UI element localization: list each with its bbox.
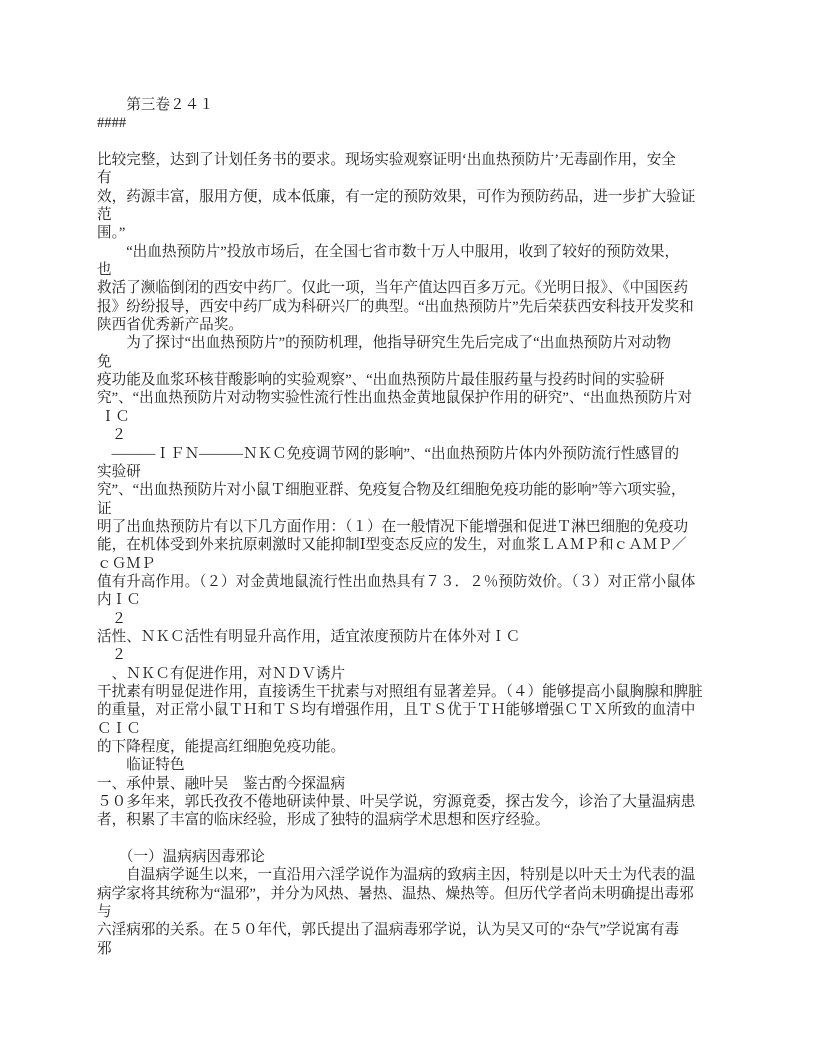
text-line: 邪 xyxy=(97,940,716,958)
text-line-subscript: ２ xyxy=(97,426,716,444)
text-line: 比较完整，达到了计划任务书的要求。现场实验观察证明‘出血热预防片’无毒副作用，安… xyxy=(97,151,716,169)
blank-line xyxy=(97,830,716,848)
text-line-ic-formula: 内ＩＣ xyxy=(97,591,716,609)
text-line: ５０多年来，郭氏孜孜不倦地研读仲景、叶吴学说，穷源竟委，探古发今，诊治了大量温病… xyxy=(97,793,716,811)
text-line: 的下降程度，能提高红细胞免疫功能。 xyxy=(97,738,716,756)
text-line: 明了出血热预防片有以下几方面作用：（１）在一般情况下能增强和促进Ｔ淋巴细胞的免疫… xyxy=(97,518,716,536)
text-line: 也 xyxy=(97,261,716,279)
text-line-subscript: ２ xyxy=(97,646,716,664)
hash-separator: #### xyxy=(97,114,716,132)
text-line: 与 xyxy=(97,903,716,921)
document-page: 第三卷２４１ #### 比较完整，达到了计划任务书的要求。现场实验观察证明‘出血… xyxy=(0,0,816,1056)
text-line-subscript: ２ xyxy=(97,610,716,628)
text-line: 究”、“出血热预防片对动物实验性流行性出血热金黄地鼠保护作用的研究”、“出血热预… xyxy=(97,389,716,407)
text-line: ＣＩＣ xyxy=(97,720,716,738)
text-line: 自温病学诞生以来，一直沿用六淫学说作为温病的致病主因，特别是以叶天士为代表的温 xyxy=(97,866,716,884)
text-line: ｃＧＭＰ xyxy=(97,555,716,573)
volume-page-heading: 第三卷２４１ xyxy=(97,96,716,114)
text-line-ic-formula: ＩＣ xyxy=(97,408,716,426)
text-line: “出血热预防片”投放市场后，在全国七省市数十万人中服用，收到了较好的预防效果， xyxy=(97,243,716,261)
text-line: 有 xyxy=(97,169,716,187)
text-line: 究”、“出血热预防片对小鼠Ｔ细胞亚群、免疫复合物及红细胞免疫功能的影响”等六项实… xyxy=(97,481,716,499)
text-line: 疫功能及血浆环核苷酸影响的实验观察”、“出血热预防片最佳服药量与投药时间的实验研 xyxy=(97,371,716,389)
text-line: 、ＮＫＣ有促进作用，对ＮＤＶ诱片 xyxy=(97,665,716,683)
text-line: 陕西省优秀新产品奖。 xyxy=(97,316,716,334)
text-line: 为了探讨“出血热预防片”的预防机理，他指导研究生先后完成了“出血热预防片对动物 xyxy=(97,334,716,352)
text-line: 范 xyxy=(97,206,716,224)
text-line: 证 xyxy=(97,500,716,518)
text-line: 能，在机体受到外来抗原刺激时又能抑制Ⅰ型变态反应的发生，对血浆ＬＡＭＰ和ｃＡＭＰ… xyxy=(97,536,716,554)
document-text-body: 第三卷２４１ #### 比较完整，达到了计划任务书的要求。现场实验观察证明‘出血… xyxy=(97,96,716,958)
text-line: 六淫病邪的关系。在５０年代，郭氏提出了温病毒邪学说，认为吴又可的“杂气”学说寓有… xyxy=(97,921,716,939)
text-line: 免 xyxy=(97,353,716,371)
text-line: 的重量，对正常小鼠ＴＨ和ＴＳ均有增强作用，且ＴＳ优于ＴＨ能够增强ＣＴＸ所致的血清… xyxy=(97,701,716,719)
subsection-heading: 一、承仲景、融叶吴 鉴古酌今探温病 xyxy=(97,775,716,793)
blank-line xyxy=(97,133,716,151)
text-line-ifn-nkc-formula: ———ＩＦＮ———ＮＫＣ免疫调节网的影响”、“出血热预防片体内外预防流行性感冒的 xyxy=(97,445,716,463)
section-heading: 临证特色 xyxy=(97,756,716,774)
text-line: 效，药源丰富，服用方便，成本低廉，有一定的预防效果，可作为预防药品，进一步扩大验… xyxy=(97,188,716,206)
text-line: 者，积累了丰富的临床经验，形成了独特的温病学术思想和医疗经验。 xyxy=(97,811,716,829)
subsection-heading: （一）温病病因毒邪论 xyxy=(97,848,716,866)
text-line: 干扰素有明显促进作用，直接诱生干扰素与对照组有显著差异。（４）能够提高小鼠胸腺和… xyxy=(97,683,716,701)
text-line: 救活了濒临倒闭的西安中药厂。仅此一项，当年产值达四百多万元。《光明日报》、《中国… xyxy=(97,279,716,297)
text-line: 活性、ＮＫＣ活性有明显升高作用，适宜浓度预防片在体外对ＩＣ xyxy=(97,628,716,646)
text-line: 围。” xyxy=(97,224,716,242)
text-line: 报》纷纷报导，西安中药厂成为科研兴厂的典型。“出血热预防片”先后荣获西安科技开发… xyxy=(97,298,716,316)
text-line: 值有升高作用。（２）对金黄地鼠流行性出血热具有７３．２％预防效价。（３）对正常小… xyxy=(97,573,716,591)
text-line: 病学家将其统称为“温邪”，并分为风热、暑热、温热、燥热等。但历代学者尚未明确提出… xyxy=(97,885,716,903)
text-line: 实验研 xyxy=(97,463,716,481)
